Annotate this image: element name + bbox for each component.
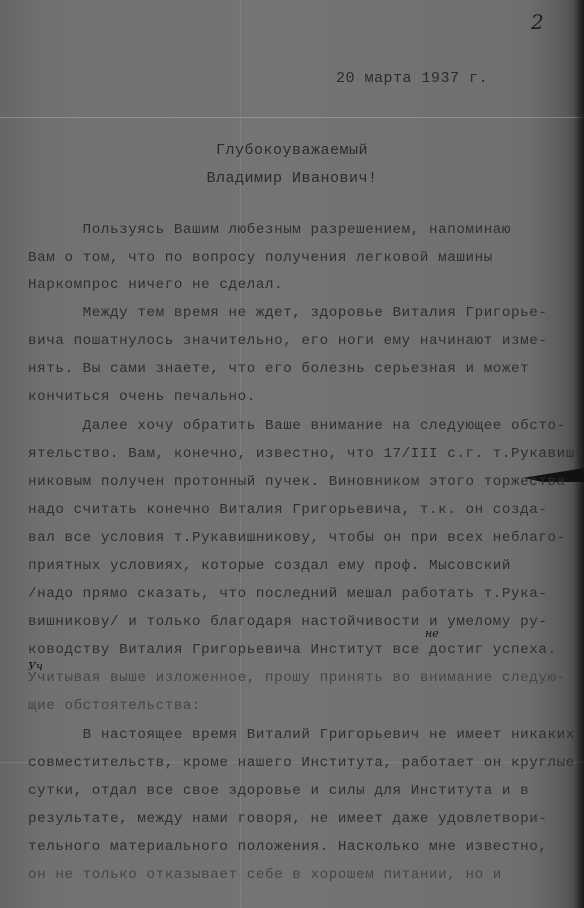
body-line: Учитывая выше изложенное, прошу принять … (28, 670, 566, 686)
body-line: В настоящее время Виталий Григорьевич не… (28, 727, 575, 743)
body-line: он не только отказывает себе в хорошем п… (28, 867, 502, 883)
handwritten-correction: не (425, 627, 439, 640)
body-line: ятельство. Вам, конечно, известно, что 1… (28, 446, 584, 462)
page-number: 2 (531, 10, 544, 34)
body-line: вал все условия т.Рукавишникову, чтобы о… (28, 530, 566, 546)
salutation-line-1: Глубокоуважаемый (0, 142, 584, 159)
body-line: /надо прямо сказать, что последний мешал… (28, 586, 548, 602)
body-line: ководству Виталия Григорьевича Институт … (28, 642, 557, 658)
body-line: вича пошатнулось значительно, его ноги е… (28, 333, 548, 349)
body-line: Далее хочу обратить Ваше внимание на сле… (28, 418, 566, 434)
body-line: результате, между нами говоря, не имеет … (28, 811, 548, 827)
body-line: надо считать конечно Виталия Григорьевич… (28, 502, 548, 518)
salutation-line-2: Владимир Иванович! (0, 170, 584, 187)
body-line: Пользуясь Вашим любезным разрешением, на… (28, 222, 511, 238)
body-line: Вам о том, что по вопросу получения легк… (28, 250, 493, 266)
body-line: кончиться очень печально. (28, 389, 256, 405)
body-line: совместительств, кроме нашего Института,… (28, 755, 575, 771)
letter-date: 20 марта 1937 г. (336, 70, 488, 87)
body-line: Наркомпрос ничего не сделал. (28, 277, 283, 293)
body-line: нять. Вы сами знаете, что его болезнь се… (28, 361, 529, 377)
body-line: Между тем время не ждет, здоровье Витали… (28, 305, 548, 321)
body-line: щие обстоятельства: (28, 698, 201, 714)
handwritten-correction: Уч (28, 660, 43, 673)
body-line: никовым получен протонный пучек. Виновни… (28, 474, 566, 490)
body-line: тельного материального положения. Наскол… (28, 839, 548, 855)
body-line: приятных условиях, которые создал ему пр… (28, 558, 511, 574)
fold-line (0, 117, 584, 118)
document-page: 2 20 марта 1937 г. Глубокоуважаемый Влад… (0, 0, 584, 908)
body-line: вишникову/ и только благодаря настойчиво… (28, 614, 548, 630)
body-line: сутки, отдал все свое здоровье и силы дл… (28, 783, 529, 799)
